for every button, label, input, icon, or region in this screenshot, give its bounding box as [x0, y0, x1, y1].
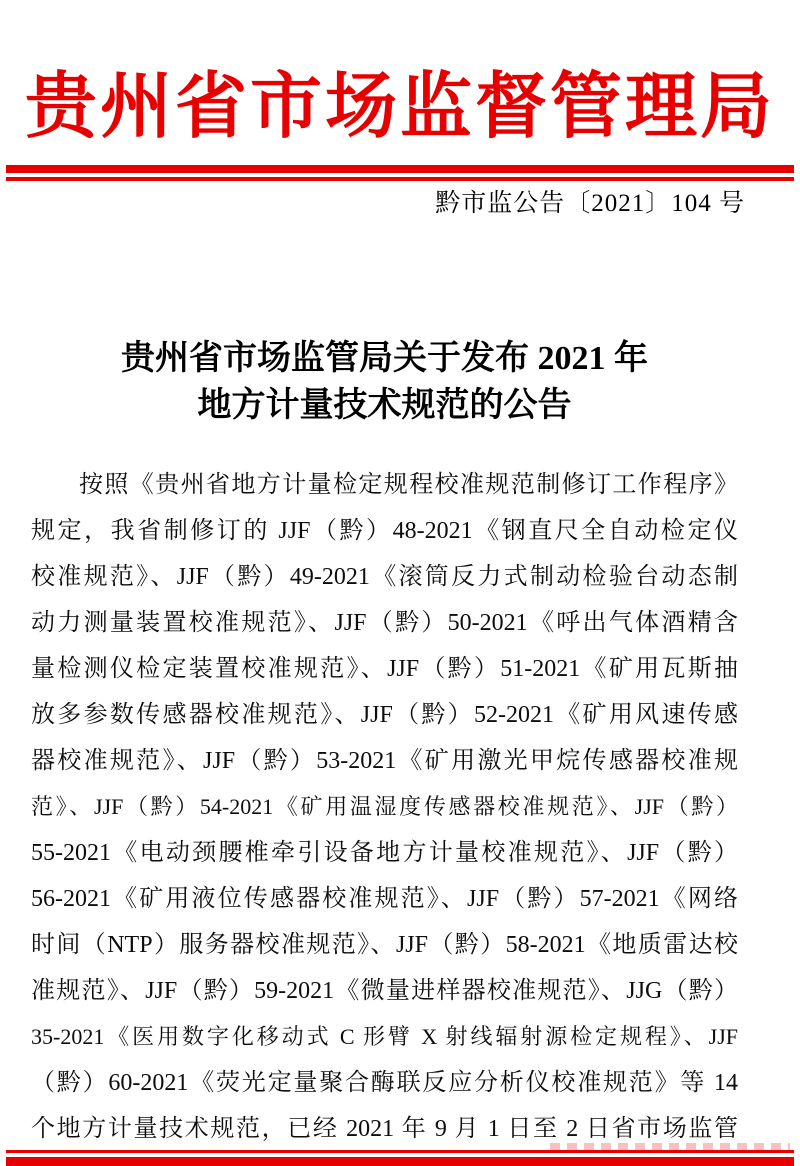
org-name: 贵州省市场监督管理局: [0, 60, 800, 154]
body-text: 按照《贵州省地方计量检定规程校准规范制修订工作程序》 规定，我省制修订的 JJF…: [31, 462, 738, 1152]
body-line: 准规范》、JJF（黔）59-2021《微量进样器校准规范》、JJG（黔）: [31, 968, 738, 1014]
doc-title: 贵州省市场监管局关于发布 2021 年 地方计量技术规范的公告: [31, 335, 738, 429]
body-line: 量检测仪检定装置校准规范》、JJF（黔）51-2021《矿用瓦斯抽: [31, 646, 738, 692]
body-line: 35-2021《医用数字化移动式 C 形臂 X 射线辐射源检定规程》、JJF: [31, 1014, 738, 1060]
body-line: 55-2021《电动颈腰椎牵引设备地方计量校准规范》、JJF（黔）: [31, 830, 738, 876]
body-line: 按照《贵州省地方计量检定规程校准规范制修订工作程序》: [31, 462, 738, 508]
doc-title-line-1: 贵州省市场监管局关于发布 2021 年: [31, 335, 738, 382]
document-page: 贵州省市场监督管理局 黔市监公告〔2021〕104 号 贵州省市场监管局关于发布…: [0, 0, 800, 1166]
body-line: 56-2021《矿用液位传感器校准规范》、JJF（黔）57-2021《网络: [31, 876, 738, 922]
body-line: 动力测量装置校准规范》、JJF（黔）50-2021《呼出气体酒精含: [31, 600, 738, 646]
footer-rule-thin: [6, 1150, 794, 1153]
body-line: 器校准规范》、JJF（黔）53-2021《矿用激光甲烷传感器校准规: [31, 738, 738, 784]
body-line: （黔）60-2021《荧光定量聚合酶联反应分析仪校准规范》等 14: [31, 1060, 738, 1106]
letterhead-rule-thick: [6, 165, 794, 173]
body-line: 范》、JJF（黔）54-2021《矿用温湿度传感器校准规范》、JJF（黔）: [31, 784, 738, 830]
body-line: 规定，我省制修订的 JJF（黔）48-2021《钢直尺全自动检定仪: [31, 508, 738, 554]
body-line: 放多参数传感器校准规范》、JJF（黔）52-2021《矿用风速传感: [31, 692, 738, 738]
body-line: 校准规范》、JJF（黔）49-2021《滚筒反力式制动检验台动态制: [31, 554, 738, 600]
doc-title-line-2: 地方计量技术规范的公告: [31, 382, 738, 429]
body-line: 时间（NTP）服务器校准规范》、JJF（黔）58-2021《地质雷达校: [31, 922, 738, 968]
doc-number: 黔市监公告〔2021〕104 号: [435, 188, 745, 220]
letterhead-rule-thin: [6, 177, 794, 181]
footer-rule-thick: [6, 1157, 794, 1166]
